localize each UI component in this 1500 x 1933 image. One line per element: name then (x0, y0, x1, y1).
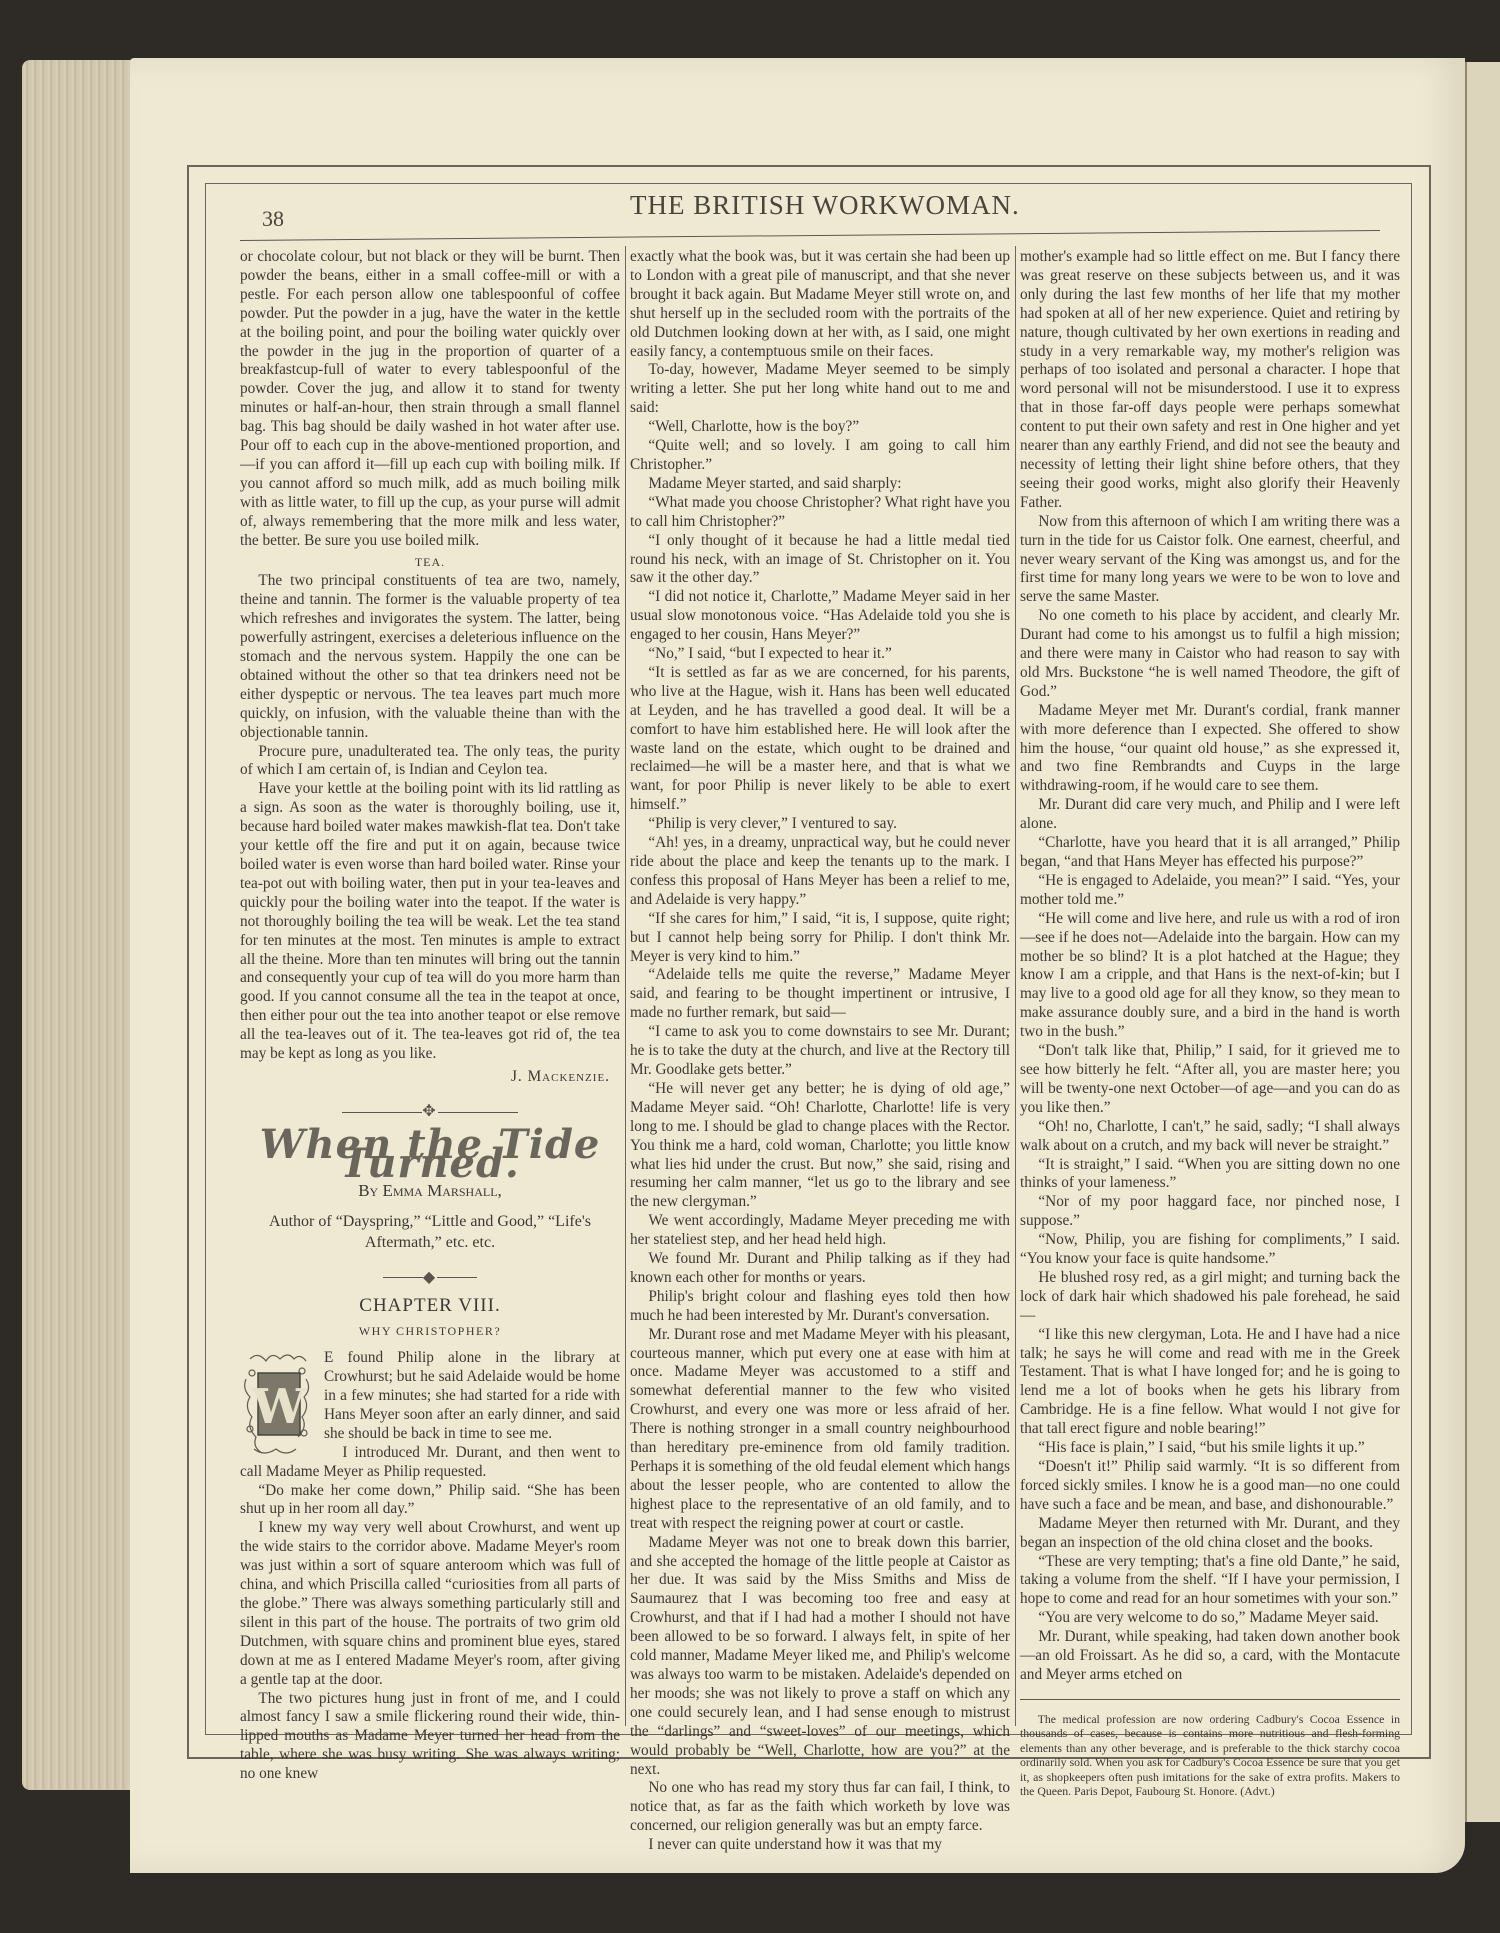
paragraph: “Philip is very clever,” I ventured to s… (630, 815, 1010, 834)
paragraph: Now from this afternoon of which I am wr… (1020, 513, 1400, 608)
paragraph: No one who has read my story thus far ca… (630, 1779, 1010, 1836)
paragraph: “Ah! yes, in a dreamy, unpractical way, … (630, 834, 1010, 910)
paragraph: “Now, Philip, you are fishing for compli… (1020, 1231, 1400, 1269)
paragraph: To-day, however, Madame Meyer seemed to … (630, 361, 1010, 418)
paragraph: “No,” I said, “but I expected to hear it… (630, 645, 1010, 664)
paragraph: Procure pure, unadulterated tea. The onl… (240, 743, 620, 781)
story-title: When the Tide Turned. (240, 1136, 620, 1174)
paragraph: “It is straight,” I said. “When you are … (1020, 1156, 1400, 1194)
paragraph: “Nor of my poor haggard face, nor pinche… (1020, 1193, 1400, 1231)
paragraph: “What made you choose Christopher? What … (630, 494, 1010, 532)
paragraph: “It is settled as far as we are concerne… (630, 664, 1010, 815)
paragraph: “I like this new clergyman, Lota. He and… (1020, 1326, 1400, 1439)
paragraph: We found Mr. Durant and Philip talking a… (630, 1250, 1010, 1288)
paragraph: Madame Meyer started, and said sharply: (630, 475, 1010, 494)
fleuron-icon: ◆ (423, 1269, 437, 1286)
opening-paragraph: W E found Philip alone in the library at… (240, 1349, 620, 1444)
paragraph: He blushed rosy red, as a girl might; an… (1020, 1269, 1400, 1326)
paragraph: Have your kettle at the boiling point wi… (240, 780, 620, 1064)
paragraph: “Oh! no, Charlotte, I can't,” he said, s… (1020, 1118, 1400, 1156)
ornamental-divider: ◆ (240, 1269, 620, 1288)
paragraph: Mr. Durant did care very much, and Phili… (1020, 796, 1400, 834)
paragraph: Mr. Durant, while speaking, had taken do… (1020, 1628, 1400, 1685)
paragraph: Philip's bright colour and flashing eyes… (630, 1288, 1010, 1326)
paragraph: Mr. Durant rose and met Madame Meyer wit… (630, 1326, 1010, 1534)
fleuron-icon: ✥ (422, 1103, 437, 1120)
paragraph: “I did not notice it, Charlotte,” Madame… (630, 588, 1010, 645)
paragraph: “Well, Charlotte, how is the boy?” (630, 418, 1010, 437)
paragraph: “You are very welcome to do so,” Madame … (1020, 1609, 1400, 1628)
advertisement-text: The medical profession are now ordering … (1020, 1712, 1400, 1799)
paragraph: “His face is plain,” I said, “but his sm… (1020, 1439, 1400, 1458)
paragraph: “Adelaide tells me quite the reverse,” M… (630, 966, 1010, 1023)
column-1: or chocolate colour, but not black or th… (240, 248, 620, 1784)
column-divider (625, 246, 626, 1726)
chapter-title: CHAPTER VIII. (240, 1297, 620, 1316)
paragraph: Madame Meyer then returned with Mr. Dura… (1020, 1515, 1400, 1553)
paragraph: “If she cares for him,” I said, “it is, … (630, 910, 1010, 967)
paragraph: No one cometh to his place by accident, … (1020, 607, 1400, 702)
paragraph: “Quite well; and so lovely. I am going t… (630, 437, 1010, 475)
paragraph: “Charlotte, have you heard that it is al… (1020, 834, 1400, 872)
byline: By Emma Marshall, (240, 1182, 620, 1201)
paragraph: “These are very tempting; that's a fine … (1020, 1553, 1400, 1610)
author-signature: J. Mackenzie. (240, 1068, 610, 1087)
paragraph: exactly what the book was, but it was ce… (630, 248, 1010, 361)
paragraph: The two principal constituents of tea ar… (240, 572, 620, 742)
ornamental-divider: ✥ (240, 1103, 620, 1122)
paragraph: mother's example had so little effect on… (1020, 248, 1400, 513)
column-2: exactly what the book was, but it was ce… (630, 248, 1010, 1855)
paragraph: Madame Meyer met Mr. Durant's cordial, f… (1020, 702, 1400, 797)
ornate-dropcap-icon: W (240, 1349, 316, 1461)
svg-text:W: W (251, 1379, 307, 1435)
paragraph: I knew my way very well about Crowhurst,… (240, 1519, 620, 1689)
coffee-paragraph: or chocolate colour, but not black or th… (240, 248, 620, 551)
paragraph: “He is engaged to Adelaide, you mean?” I… (1020, 872, 1400, 910)
paragraph: “Don't talk like that, Philip,” I said, … (1020, 1042, 1400, 1118)
paragraph: “He will come and live here, and rule us… (1020, 910, 1400, 1042)
paragraph: “He will never get any better; he is dyi… (630, 1080, 1010, 1212)
paragraph: “Do make her come down,” Philip said. “S… (240, 1482, 620, 1520)
advertisement-rule (1020, 1699, 1400, 1700)
paragraph: I never can quite understand how it was … (630, 1836, 1010, 1855)
column-3: mother's example had so little effect on… (1020, 248, 1400, 1799)
advertisement: The medical profession are now ordering … (1020, 1712, 1400, 1799)
running-title: THE BRITISH WORKWOMAN. (630, 190, 1150, 221)
paragraph: We went accordingly, Madame Meyer preced… (630, 1212, 1010, 1250)
column-divider (1015, 246, 1016, 1726)
page-number: 38 (262, 206, 284, 232)
paragraph: “I came to ask you to come downstairs to… (630, 1023, 1010, 1080)
author-note: Author of “Dayspring,” “Little and Good,… (240, 1211, 620, 1253)
facing-page-edge (1465, 62, 1500, 1822)
paragraph: Madame Meyer was not one to break down t… (630, 1534, 1010, 1780)
paragraph: “I only thought of it because he had a l… (630, 532, 1010, 589)
paragraph: The two pictures hung just in front of m… (240, 1690, 620, 1785)
chapter-subtitle: WHY CHRISTOPHER? (240, 1322, 620, 1341)
section-heading-tea: TEA. (240, 553, 620, 572)
paragraph: “Doesn't it!” Philip said warmly. “It is… (1020, 1458, 1400, 1515)
